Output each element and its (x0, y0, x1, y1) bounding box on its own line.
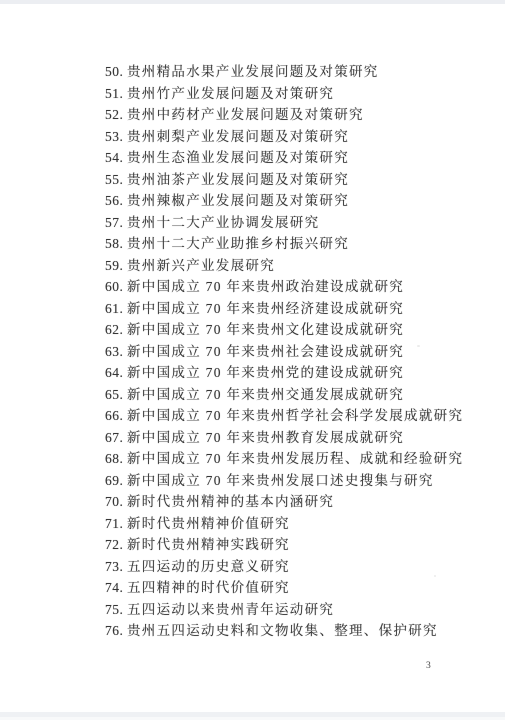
item-number: 54. (105, 147, 127, 169)
item-number: 73. (105, 556, 127, 578)
item-number: 55. (105, 169, 127, 191)
item-text: 贵州辣椒产业发展问题及对策研究 (127, 193, 349, 208)
list-item: 52.贵州中药材产业发展问题及对策研究 (105, 104, 463, 126)
item-number: 61. (105, 298, 127, 320)
list-item: 74.五四精神的时代价值研究 (105, 577, 463, 599)
item-text: 新中国成立 70 年来贵州社会建设成就研究 (127, 344, 404, 359)
item-text: 新中国成立 70 年来贵州党的建设成就研究 (127, 365, 404, 380)
item-text: 贵州中药材产业发展问题及对策研究 (127, 107, 364, 122)
item-text: 贵州油茶产业发展问题及对策研究 (127, 172, 349, 187)
list-item: 64.新中国成立 70 年来贵州党的建设成就研究 (105, 362, 463, 384)
list-item: 70.新时代贵州精神的基本内涵研究 (105, 491, 463, 513)
list-item: 55.贵州油茶产业发展问题及对策研究 (105, 169, 463, 191)
item-text: 五四精神的时代价值研究 (127, 580, 290, 595)
item-number: 69. (105, 470, 127, 492)
item-number: 59. (105, 255, 127, 277)
item-number: 76. (105, 620, 127, 642)
item-text: 贵州刺梨产业发展问题及对策研究 (127, 129, 349, 144)
list-item: 51.贵州竹产业发展问题及对策研究 (105, 83, 463, 105)
list-item: 54.贵州生态渔业发展问题及对策研究 (105, 147, 463, 169)
item-text: 五四运动以来贵州青年运动研究 (127, 602, 334, 617)
list-item: 72.新时代贵州精神实践研究 (105, 534, 463, 556)
item-text: 新中国成立 70 年来贵州发展历程、成就和经验研究 (127, 451, 463, 466)
scan-speck (128, 242, 130, 244)
item-number: 58. (105, 233, 127, 255)
item-text: 新时代贵州精神实践研究 (127, 537, 290, 552)
list-item: 71.新时代贵州精神价值研究 (105, 513, 463, 535)
item-text: 新中国成立 70 年来贵州教育发展成就研究 (127, 430, 404, 445)
item-text: 贵州竹产业发展问题及对策研究 (127, 86, 334, 101)
item-number: 66. (105, 405, 127, 427)
item-number: 60. (105, 276, 127, 298)
item-number: 56. (105, 190, 127, 212)
item-text: 贵州十二大产业协调发展研究 (127, 215, 319, 230)
item-number: 62. (105, 319, 127, 341)
item-number: 75. (105, 599, 127, 621)
list-item: 75.五四运动以来贵州青年运动研究 (105, 599, 463, 621)
item-number: 50. (105, 61, 127, 83)
item-number: 53. (105, 126, 127, 148)
item-number: 72. (105, 534, 127, 556)
item-number: 52. (105, 104, 127, 126)
list-item: 60.新中国成立 70 年来贵州政治建设成就研究 (105, 276, 463, 298)
item-number: 71. (105, 513, 127, 535)
research-topic-list: 50.贵州精品水果产业发展问题及对策研究 51.贵州竹产业发展问题及对策研究 5… (105, 61, 463, 642)
item-text: 新中国成立 70 年来贵州哲学社会科学发展成就研究 (127, 408, 463, 423)
item-text: 新中国成立 70 年来贵州文化建设成就研究 (127, 322, 404, 337)
item-text: 新时代贵州精神价值研究 (127, 516, 290, 531)
list-item: 65.新中国成立 70 年来贵州交通发展成就研究 (105, 384, 463, 406)
list-item: 53.贵州刺梨产业发展问题及对策研究 (105, 126, 463, 148)
item-number: 57. (105, 212, 127, 234)
list-item: 50.贵州精品水果产业发展问题及对策研究 (105, 61, 463, 83)
item-number: 68. (105, 448, 127, 470)
list-item: 76.贵州五四运动史料和文物收集、整理、保护研究 (105, 620, 463, 642)
list-item: 67.新中国成立 70 年来贵州教育发展成就研究 (105, 427, 463, 449)
list-item: 61.新中国成立 70 年来贵州经济建设成就研究 (105, 298, 463, 320)
item-number: 64. (105, 362, 127, 384)
item-text: 五四运动的历史意义研究 (127, 559, 290, 574)
item-number: 74. (105, 577, 127, 599)
list-item: 56.贵州辣椒产业发展问题及对策研究 (105, 190, 463, 212)
list-item: 59.贵州新兴产业发展研究 (105, 255, 463, 277)
scan-edge-top (0, 0, 505, 4)
list-item: 63.新中国成立 70 年来贵州社会建设成就研究 (105, 341, 463, 363)
list-item: 73.五四运动的历史意义研究 (105, 556, 463, 578)
item-text: 贵州新兴产业发展研究 (127, 258, 275, 273)
list-item: 69.新中国成立 70 年来贵州发展口述史搜集与研究 (105, 470, 463, 492)
list-item: 66.新中国成立 70 年来贵州哲学社会科学发展成就研究 (105, 405, 463, 427)
item-number: 67. (105, 427, 127, 449)
list-item: 62.新中国成立 70 年来贵州文化建设成就研究 (105, 319, 463, 341)
item-text: 贵州精品水果产业发展问题及对策研究 (127, 64, 379, 79)
page-number: 3 (426, 661, 431, 671)
item-text: 新时代贵州精神的基本内涵研究 (127, 494, 334, 509)
item-text: 贵州生态渔业发展问题及对策研究 (127, 150, 349, 165)
item-number: 63. (105, 341, 127, 363)
item-text: 新中国成立 70 年来贵州经济建设成就研究 (127, 301, 404, 316)
item-text: 新中国成立 70 年来贵州发展口述史搜集与研究 (127, 473, 434, 488)
item-number: 70. (105, 491, 127, 513)
item-text: 贵州十二大产业助推乡村振兴研究 (127, 236, 349, 251)
list-item: 68.新中国成立 70 年来贵州发展历程、成就和经验研究 (105, 448, 463, 470)
scan-speck (417, 345, 420, 347)
item-text: 新中国成立 70 年来贵州交通发展成就研究 (127, 387, 404, 402)
scan-speck (434, 575, 436, 577)
item-text: 新中国成立 70 年来贵州政治建设成就研究 (127, 279, 404, 294)
item-number: 65. (105, 384, 127, 406)
list-item: 57.贵州十二大产业协调发展研究 (105, 212, 463, 234)
item-number: 51. (105, 83, 127, 105)
list-item: 58.贵州十二大产业助推乡村振兴研究 (105, 233, 463, 255)
item-text: 贵州五四运动史料和文物收集、整理、保护研究 (127, 623, 438, 638)
